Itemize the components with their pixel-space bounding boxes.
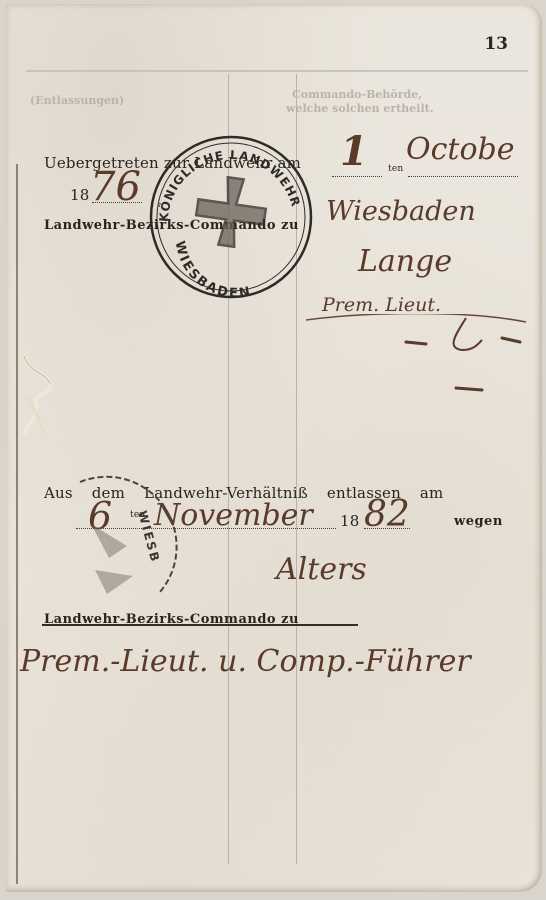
transfer-year-prefix: 18	[70, 186, 90, 204]
ghost-header-right-1: Commando-Behörde,	[292, 88, 422, 101]
discharge-wegen: wegen	[454, 514, 503, 529]
transfer-signature-rank: Prem. Lieut.	[322, 294, 441, 316]
stamp-wiesbaden-partial: WIESB	[50, 472, 180, 622]
discharge-year-prefix: 18	[340, 512, 360, 530]
stamp-landwehr-wiesbaden: KÖNIGLICHE LANDWEHR WIESBADEN	[146, 132, 316, 302]
transfer-place: Wiesbaden	[326, 196, 476, 227]
binding-thread-icon	[20, 354, 56, 444]
transfer-day: 1	[340, 128, 368, 175]
strikethrough-line	[42, 624, 358, 626]
header-rule	[26, 70, 528, 72]
day-field-line	[332, 176, 382, 177]
pen-flourish-icon	[306, 314, 536, 394]
svg-text:WIESBADEN: WIESBADEN	[172, 240, 254, 302]
transfer-month: Octobe	[406, 132, 514, 167]
month-field-line	[408, 176, 518, 177]
binding-fold	[16, 164, 18, 884]
discharge-reason: Alters	[276, 552, 367, 587]
transfer-year: 76	[90, 164, 141, 210]
svg-text:WIESB: WIESB	[135, 509, 162, 564]
discharge-signature: Prem.-Lieut. u. Comp.-Führer	[20, 644, 471, 679]
transfer-day-suffix: ten	[388, 164, 403, 174]
transfer-signature: Lange	[358, 244, 452, 279]
iron-cross-partial-icon	[91, 524, 133, 594]
iron-cross-icon	[193, 174, 270, 251]
ghost-header-right-2: welche solchen ertheilt.	[286, 102, 434, 115]
passbook-page: 13 (Entlassungen) Commando-Behörde, welc…	[6, 4, 542, 892]
discharge-year: 82	[364, 494, 410, 535]
ghost-header-left: (Entlassungen)	[30, 94, 124, 107]
page-number: 13	[484, 34, 508, 54]
